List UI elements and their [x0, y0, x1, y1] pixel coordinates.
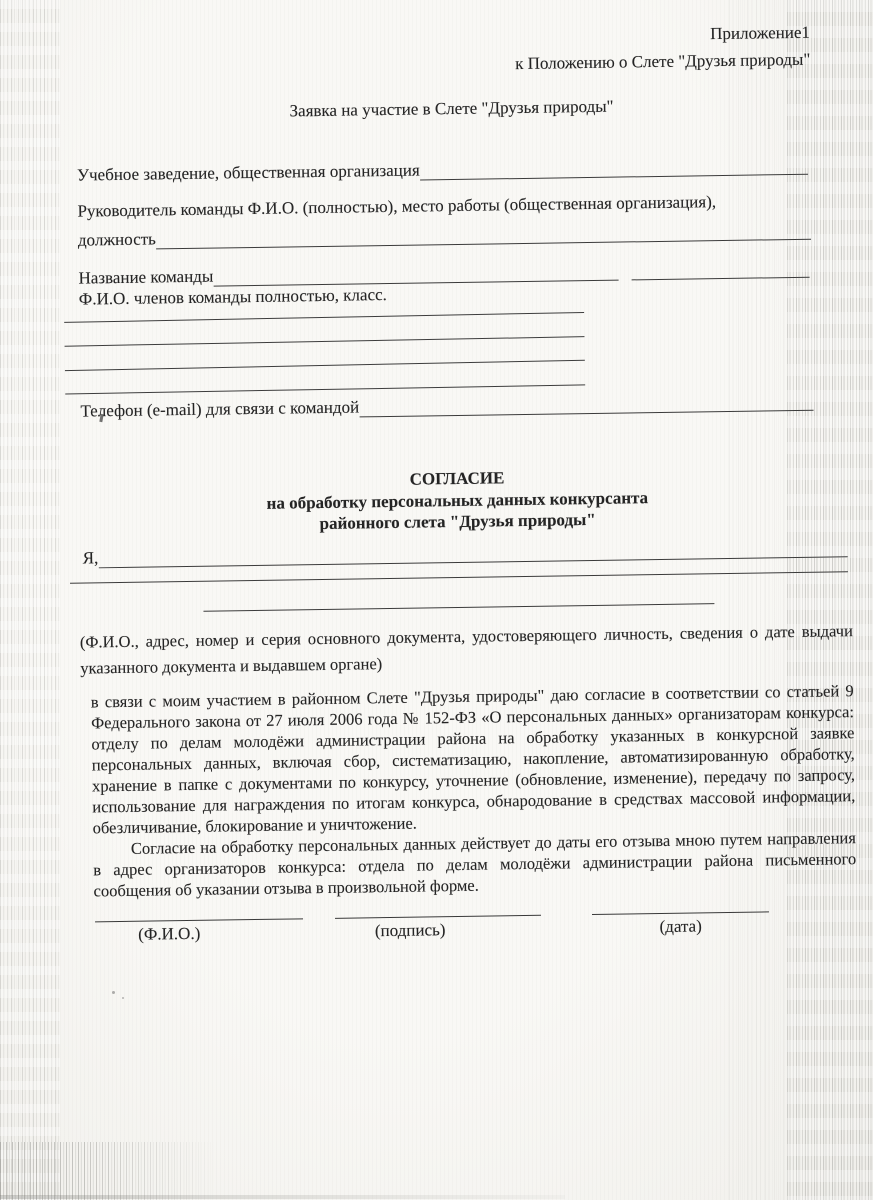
scan-speck	[112, 991, 115, 994]
team-name-label: Название команды	[78, 267, 213, 289]
signature-field-name: (Ф.И.О.)	[95, 906, 304, 945]
institution-label: Учебное заведение, общественная организа…	[77, 161, 420, 186]
scan-speck	[122, 997, 124, 999]
consent-heading: СОГЛАСИЕ на обработку персональных данны…	[63, 462, 851, 538]
phone-label: Телефон (e-mail) для связи с командой	[80, 397, 359, 421]
form-title: Заявка на участие в Слете "Друзья природ…	[58, 92, 845, 126]
declarant-blank-line-3	[203, 603, 714, 612]
header-block: Приложение1 к Положению о Слете "Друзья …	[57, 18, 845, 84]
scan-bottom-band	[0, 1195, 565, 1199]
signature-name-line	[95, 906, 303, 922]
signature-sign-label: (подпись)	[375, 920, 446, 941]
signature-name-label: (Ф.И.О.)	[138, 923, 200, 944]
leader-label-line1: Руководитель команды Ф.И.О. (полностью),…	[77, 189, 846, 222]
signature-date-label: (дата)	[659, 916, 702, 937]
scanned-document-page: Приложение1 к Положению о Слете "Друзья …	[0, 0, 873, 1200]
signature-date-line	[592, 899, 769, 915]
signature-field-signature: (подпись)	[335, 902, 542, 941]
declarant-blank-line	[98, 539, 848, 568]
document-content: Приложение1 к Положению о Слете "Друзья …	[56, 0, 857, 945]
position-blank-line	[156, 222, 811, 250]
signature-field-date: (дата)	[592, 899, 770, 938]
field-institution: Учебное заведение, общественная организа…	[59, 155, 808, 186]
phone-blank-line	[359, 393, 813, 418]
declarant-blank-line-2	[70, 571, 848, 584]
consent-revocation-paragraph: Согласие на обработку персональных данны…	[93, 827, 857, 901]
scan-smudge-bottom-left	[0, 1142, 230, 1200]
signature-row: (Ф.И.О.) (подпись) (дата)	[95, 898, 857, 945]
field-leader-position: должность	[60, 220, 811, 251]
consent-body-paragraph: в связи с моим участием в районном Слете…	[91, 680, 856, 838]
identity-note: (Ф.И.О., адрес, номер и серия основного …	[80, 618, 854, 681]
declarant-prefix: Я,	[83, 548, 99, 568]
scan-streaks-left	[0, 0, 60, 1200]
team-name-blank-line-2	[631, 260, 809, 281]
position-label: должность	[78, 229, 156, 250]
signature-sign-line	[335, 902, 541, 918]
field-phone: Телефон (e-mail) для связи с командой	[62, 391, 813, 422]
field-declarant: Я,	[65, 537, 848, 569]
institution-blank-line	[420, 157, 808, 181]
